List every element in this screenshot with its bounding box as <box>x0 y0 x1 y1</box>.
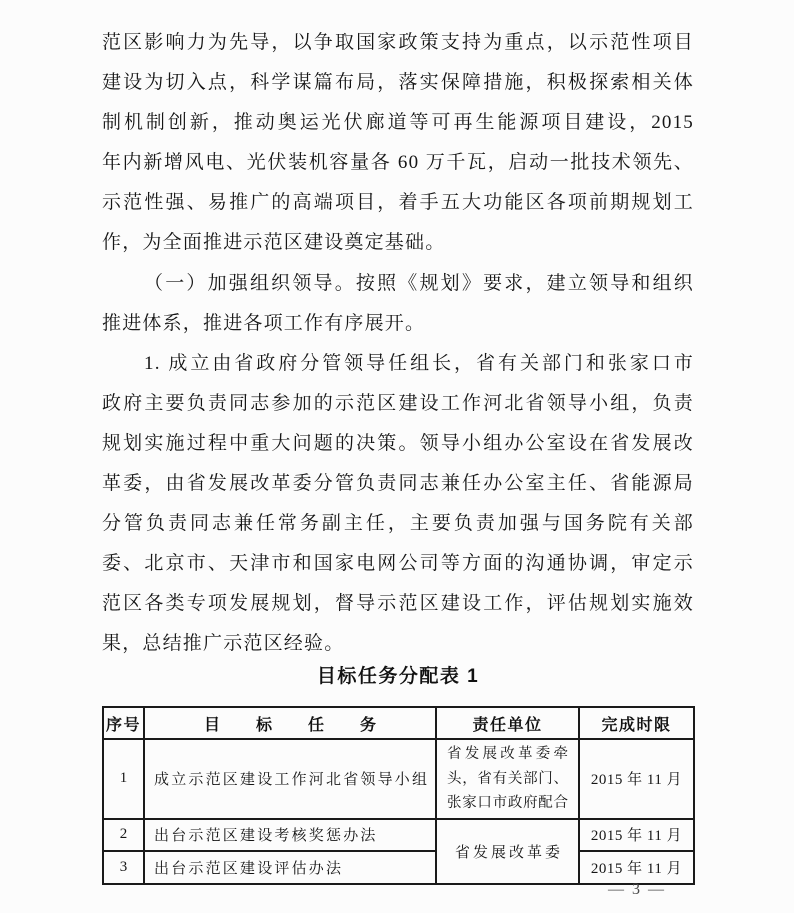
table-row-1: 1 成立示范区建设工作河北省领导小组 省发展改革委牵 头，省有关部门、 张家口市… <box>103 739 694 819</box>
text-line-5: 示范性强、易推广的高端项目，着手五大功能区各项前期规划工 <box>102 183 694 223</box>
header-task: 目标任务 <box>144 707 436 739</box>
text-line-4: 年内新增风电、光伏装机容量各 60 万千瓦，启动一批技术领先、 <box>102 143 694 183</box>
page-number: — 3 — <box>608 881 666 899</box>
row2-3-unit-merged: 省发展改革委 <box>436 819 579 884</box>
text-line-7: （一）加强组织领导。按照《规划》要求，建立领导和组织 <box>102 264 694 304</box>
row1-serial: 1 <box>103 739 144 819</box>
row1-deadline: 2015 年 11 月 <box>579 739 694 819</box>
text-line-14: 委、北京市、天津市和国家电网公司等方面的沟通协调，审定示 <box>102 544 694 584</box>
table-row-3: 3 出台示范区建设评估办法 2015 年 11 月 <box>103 851 694 884</box>
text-line-6: 作，为全面推进示范区建设奠定基础。 <box>102 223 694 263</box>
text-line-10: 政府主要负责同志参加的示范区建设工作河北省领导小组，负责 <box>102 384 694 424</box>
row1-unit-line-3: 张家口市政府配合 <box>447 791 568 816</box>
row3-serial: 3 <box>103 851 144 884</box>
table-header-row: 序号 目标任务 责任单位 完成时限 <box>103 707 694 739</box>
text-line-9: 1. 成立由省政府分管领导任组长，省有关部门和张家口市 <box>102 344 694 384</box>
text-line-15: 范区各类专项发展规划，督导示范区建设工作，评估规划实施效 <box>102 584 694 624</box>
text-line-2: 建设为切入点，科学谋篇布局，落实保障措施，积极探索相关体 <box>102 63 694 103</box>
task-table: 序号 目标任务 责任单位 完成时限 1 成立示范区建设工作河北省领导小组 省发展… <box>102 706 695 885</box>
text-line-3: 制机制创新，推动奥运光伏廊道等可再生能源项目建设，2015 <box>102 103 694 143</box>
row1-unit-line-2: 头，省有关部门、 <box>447 767 568 792</box>
header-deadline: 完成时限 <box>579 707 694 739</box>
text-line-13: 分管负责同志兼任常务副主任，主要负责加强与国务院有关部 <box>102 504 694 544</box>
row1-unit-line-1: 省发展改革委牵 <box>447 742 568 767</box>
text-line-16: 果，总结推广示范区经验。 <box>102 624 694 664</box>
row3-deadline: 2015 年 11 月 <box>579 851 694 884</box>
row1-unit: 省发展改革委牵 头，省有关部门、 张家口市政府配合 <box>436 739 579 819</box>
row2-deadline: 2015 年 11 月 <box>579 819 694 851</box>
text-line-11: 规划实施过程中重大问题的决策。领导小组办公室设在省发展改 <box>102 424 694 464</box>
row2-serial: 2 <box>103 819 144 851</box>
row2-task: 出台示范区建设考核奖惩办法 <box>144 819 436 851</box>
row1-task: 成立示范区建设工作河北省领导小组 <box>144 739 436 819</box>
row3-task: 出台示范区建设评估办法 <box>144 851 436 884</box>
header-serial: 序号 <box>103 707 144 739</box>
text-line-1: 范区影响力为先导，以争取国家政策支持为重点，以示范性项目 <box>102 23 694 63</box>
text-line-12: 革委，由省发展改革委分管负责同志兼任办公室主任、省能源局 <box>102 464 694 504</box>
text-line-8: 推进体系，推进各项工作有序展开。 <box>102 304 694 344</box>
document-page: 范区影响力为先导，以争取国家政策支持为重点，以示范性项目 建设为切入点，科学谋篇… <box>0 0 794 913</box>
header-unit: 责任单位 <box>436 707 579 739</box>
body-text: 范区影响力为先导，以争取国家政策支持为重点，以示范性项目 建设为切入点，科学谋篇… <box>102 23 694 665</box>
table-title: 目标任务分配表 1 <box>102 660 694 694</box>
table-row-2: 2 出台示范区建设考核奖惩办法 省发展改革委 2015 年 11 月 <box>103 819 694 851</box>
